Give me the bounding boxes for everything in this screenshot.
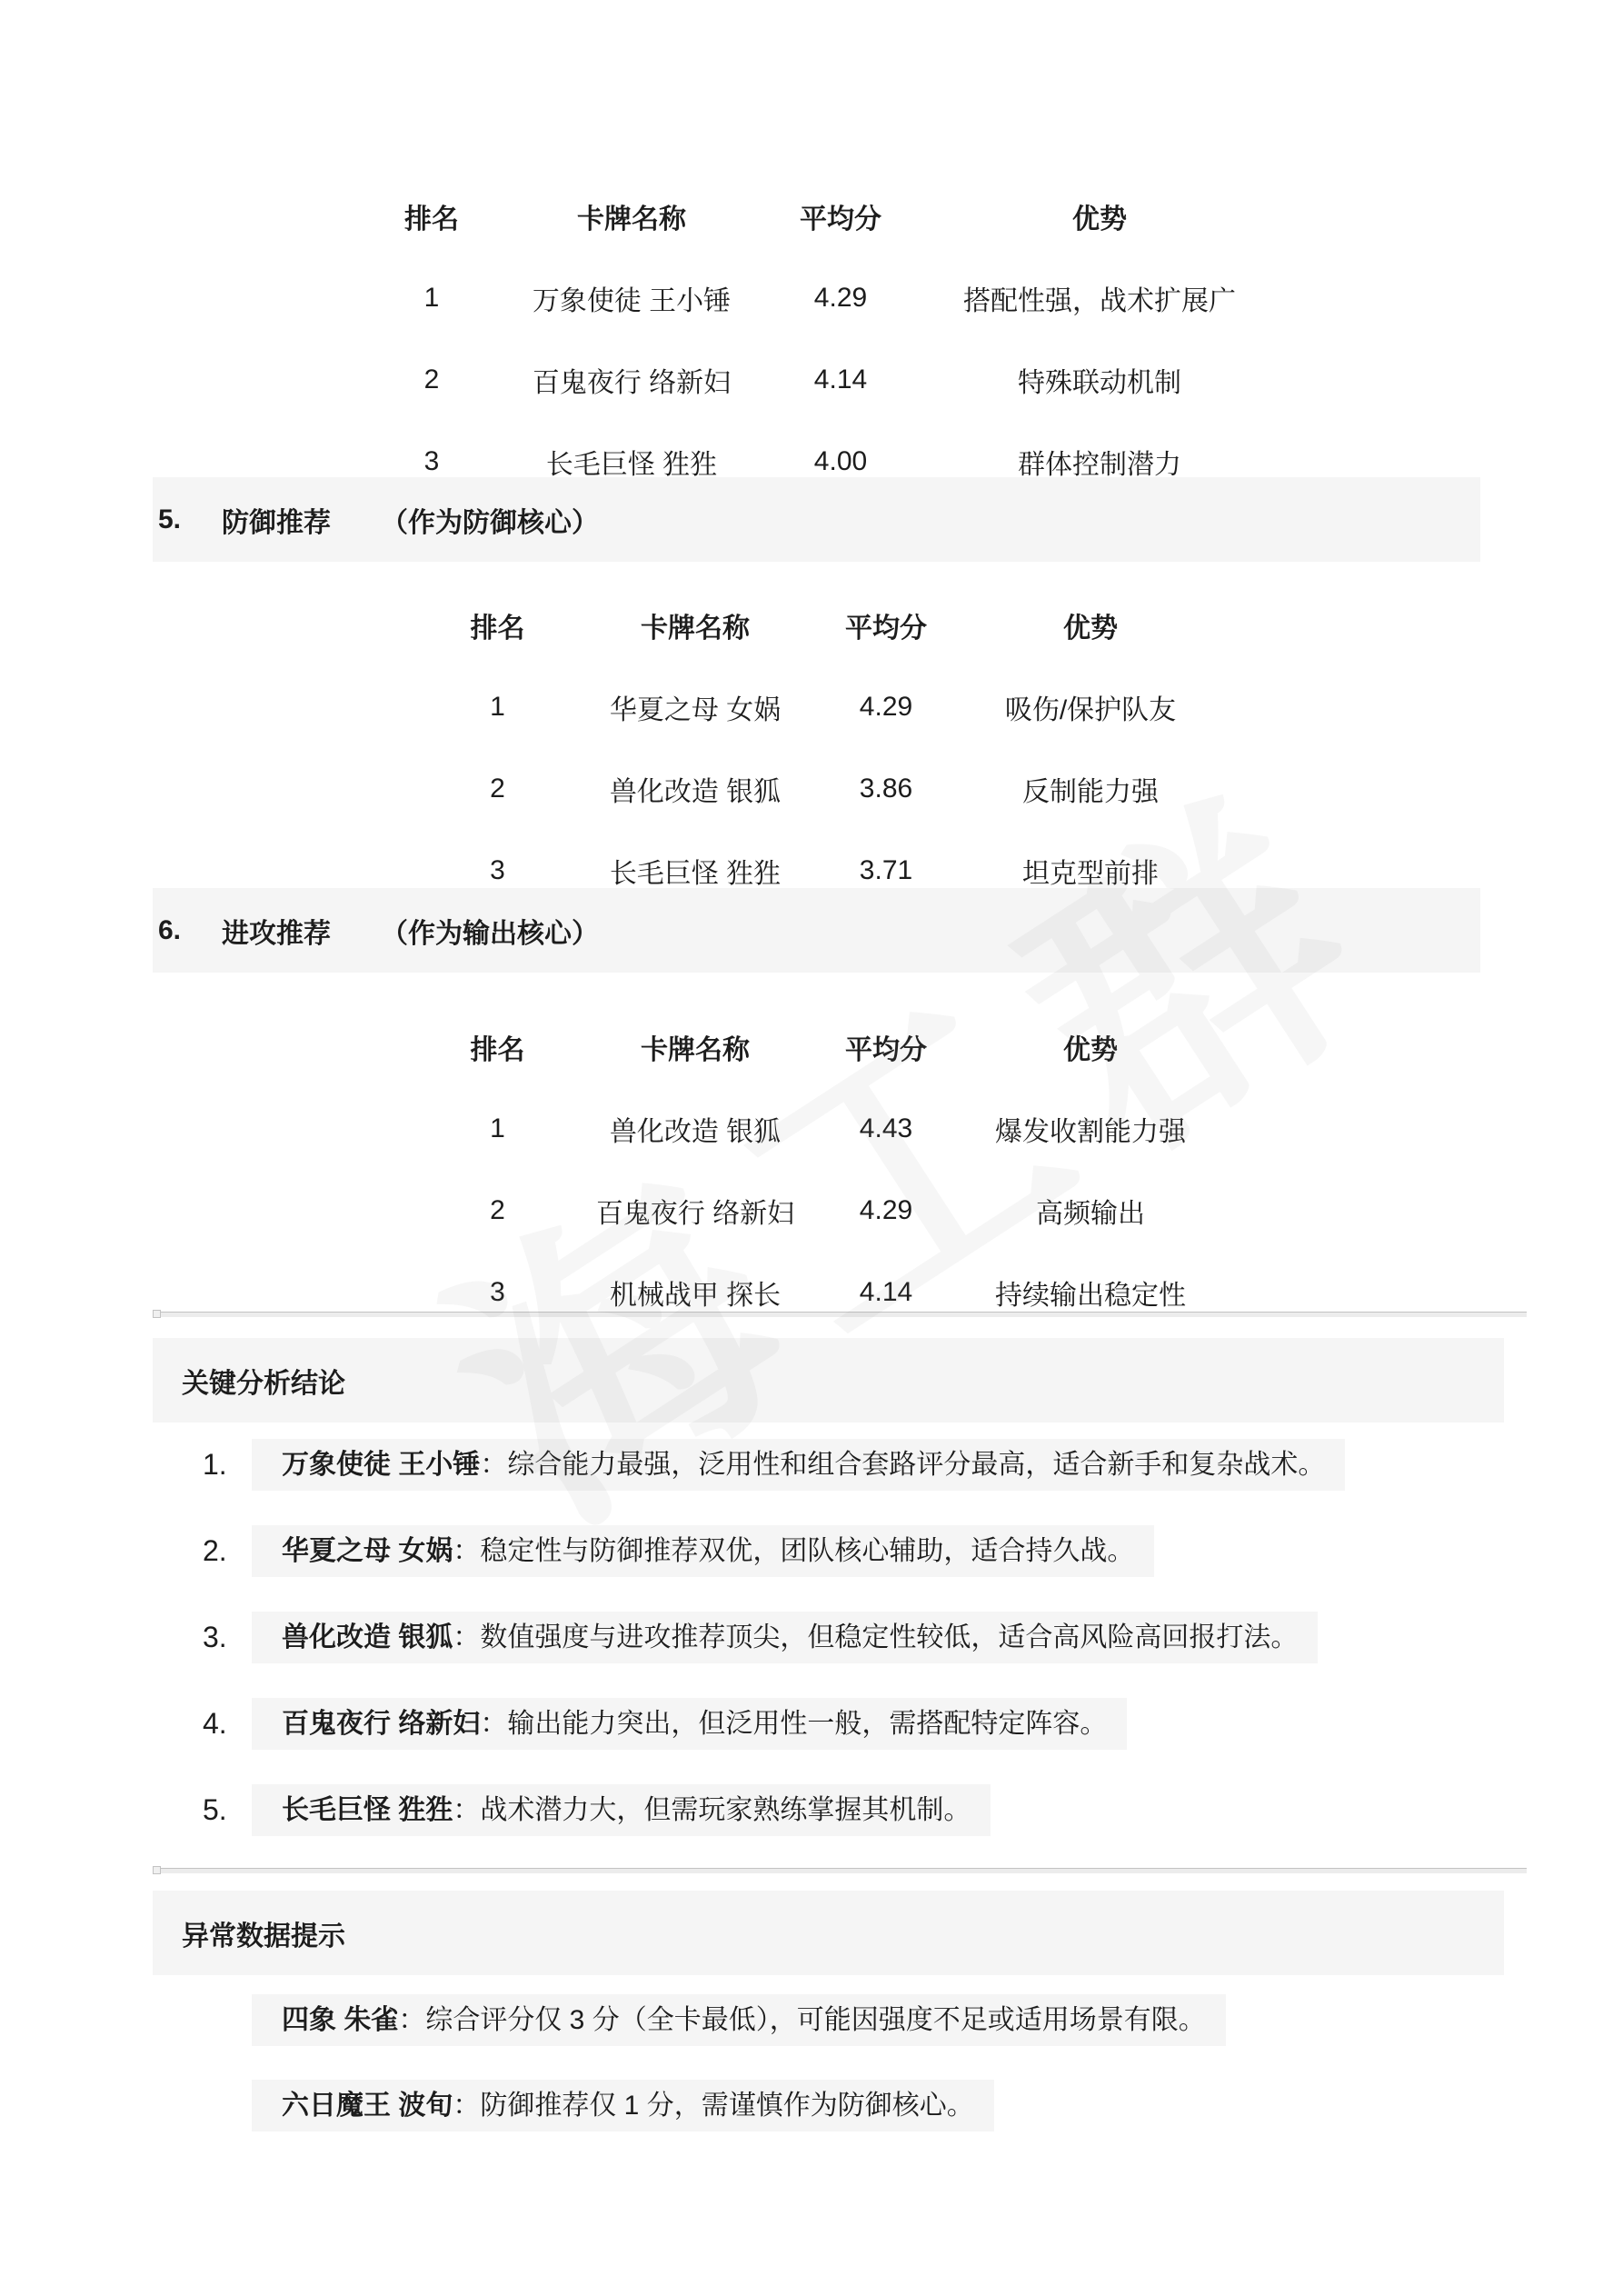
table-row: 1 兽化改造 银狐 4.43 爆发收割能力强 [418,1088,1222,1170]
table-row: 2 兽化改造 银狐 3.86 反制能力强 [418,748,1222,830]
rank-cell: 1 [418,692,577,723]
rank-cell: 3 [418,1277,577,1308]
document-page: 排名 卡牌名称 平均分 优势 1 万象使徒 王小锤 4.29 搭配性强，战术扩展… [0,0,1623,2296]
conclusion-text: 华夏之母 女娲：稳定性与防御推荐双优，团队核心辅助，适合持久战。 [252,1525,1154,1577]
card-name: 百鬼夜行 络新妇 [282,1709,480,1739]
conclusions-heading-band: 关键分析结论 [153,1338,1504,1423]
section-number: 6. [158,915,181,946]
column-header-rank: 排名 [418,1027,577,1067]
table-row: 3 机械战甲 探长 4.14 持续输出稳定性 [418,1252,1222,1333]
card-name-cell: 机械战甲 探长 [577,1273,813,1313]
conclusion-text: 百鬼夜行 络新妇：输出能力突出，但泛用性一般，需搭配特定阵容。 [252,1698,1127,1750]
list-number: 2. [203,1534,252,1568]
column-header-card-name: 卡牌名称 [500,196,763,236]
score-cell: 3.86 [813,774,959,804]
card-name: 长毛巨怪 狌狌 [282,1795,453,1825]
card-name: 兽化改造 银狐 [282,1622,453,1652]
table-header-row: 排名 卡牌名称 平均分 优势 [363,175,1281,257]
card-name-cell: 长毛巨怪 狌狌 [577,851,813,891]
rank-cell: 2 [418,1195,577,1226]
card-name: 万象使徒 王小锤 [282,1450,480,1480]
section-number: 5. [158,504,181,535]
rank-cell: 3 [418,855,577,886]
advantage-cell: 吸伤/保护队友 [959,687,1222,727]
score-cell: 4.14 [763,364,918,395]
column-header-card-name: 卡牌名称 [577,605,813,645]
card-name-cell: 万象使徒 王小锤 [500,278,763,318]
section-title: 进攻推荐 [222,911,331,951]
rank-cell: 2 [363,364,500,395]
conclusion-item-1: 1. 万象使徒 王小锤：综合能力最强，泛用性和组合套路评分最高，适合新手和复杂战… [203,1439,1345,1491]
card-name-cell: 百鬼夜行 络新妇 [500,360,763,400]
card-name-cell: 兽化改造 银狐 [577,769,813,809]
column-header-card-name: 卡牌名称 [577,1027,813,1067]
card-name-cell: 长毛巨怪 狌狌 [500,442,763,482]
advantage-cell: 坦克型前排 [959,851,1222,891]
list-number: 3. [203,1621,252,1654]
table-row: 1 华夏之母 女娲 4.29 吸伤/保护队友 [418,666,1222,748]
card-name: 六日魔王 波旬 [282,2091,453,2121]
anomaly-desc: ：综合评分仅 3 分（全卡最低），可能因强度不足或适用场景有限。 [398,2005,1205,2035]
conclusion-desc: ：综合能力最强，泛用性和组合套路评分最高，适合新手和复杂战术。 [480,1450,1325,1480]
advantage-cell: 高频输出 [959,1191,1222,1231]
conclusion-text: 长毛巨怪 狌狌：战术潜力大，但需玩家熟练掌握其机制。 [252,1784,991,1836]
card-name: 四象 朱雀 [282,2005,398,2035]
advantage-cell: 搭配性强，战术扩展广 [918,278,1281,318]
anomaly-heading-band: 异常数据提示 [153,1891,1504,1975]
rank-cell: 2 [418,774,577,804]
rank-cell: 3 [363,446,500,477]
conclusions-title: 关键分析结论 [182,1361,345,1401]
advantage-cell: 爆发收割能力强 [959,1109,1222,1149]
horizontal-divider [153,1312,1527,1317]
anomaly-text: 四象 朱雀：综合评分仅 3 分（全卡最低），可能因强度不足或适用场景有限。 [252,1994,1226,2046]
anomaly-title: 异常数据提示 [182,1913,345,1953]
overall-ranking-table: 排名 卡牌名称 平均分 优势 1 万象使徒 王小锤 4.29 搭配性强，战术扩展… [363,175,1281,503]
list-number: 1. [203,1448,252,1482]
section-subtitle: （作为防御核心） [381,500,599,540]
conclusion-text: 兽化改造 银狐：数值强度与进攻推荐顶尖，但稳定性较低，适合高风险高回报打法。 [252,1612,1318,1663]
column-header-rank: 排名 [363,196,500,236]
table-header-row: 排名 卡牌名称 平均分 优势 [418,1006,1222,1088]
list-number: 4. [203,1707,252,1741]
conclusion-desc: ：战术潜力大，但需玩家熟练掌握其机制。 [453,1795,971,1825]
anomaly-text: 六日魔王 波旬：防御推荐仅 1 分，需谨慎作为防御核心。 [252,2080,994,2131]
card-name-cell: 华夏之母 女娲 [577,687,813,727]
column-header-average-score: 平均分 [813,605,959,645]
conclusion-desc: ：输出能力突出，但泛用性一般，需搭配特定阵容。 [480,1709,1107,1739]
card-name: 华夏之母 女娲 [282,1536,453,1566]
card-name-cell: 百鬼夜行 络新妇 [577,1191,813,1231]
column-header-rank: 排名 [418,605,577,645]
advantage-cell: 群体控制潜力 [918,442,1281,482]
score-cell: 3.71 [813,855,959,886]
score-cell: 4.14 [813,1277,959,1308]
conclusion-desc: ：稳定性与防御推荐双优，团队核心辅助，适合持久战。 [453,1536,1134,1566]
anomaly-desc: ：防御推荐仅 1 分，需谨慎作为防御核心。 [453,2091,973,2121]
score-cell: 4.00 [763,446,918,477]
section-heading-attack: 6. 进攻推荐 （作为输出核心） [153,888,1480,973]
column-header-average-score: 平均分 [813,1027,959,1067]
score-cell: 4.29 [763,283,918,314]
column-header-advantage: 优势 [918,196,1281,236]
column-header-average-score: 平均分 [763,196,918,236]
anomaly-item-1: 四象 朱雀：综合评分仅 3 分（全卡最低），可能因强度不足或适用场景有限。 [252,1994,1226,2046]
advantage-cell: 特殊联动机制 [918,360,1281,400]
list-number: 5. [203,1793,252,1827]
rank-cell: 1 [418,1113,577,1144]
conclusion-desc: ：数值强度与进攻推荐顶尖，但稳定性较低，适合高风险高回报打法。 [453,1622,1298,1652]
advantage-cell: 反制能力强 [959,769,1222,809]
anomaly-item-2: 六日魔王 波旬：防御推荐仅 1 分，需谨慎作为防御核心。 [252,2080,994,2131]
table-header-row: 排名 卡牌名称 平均分 优势 [418,584,1222,666]
conclusion-item-3: 3. 兽化改造 银狐：数值强度与进攻推荐顶尖，但稳定性较低，适合高风险高回报打法… [203,1612,1318,1663]
section-title: 防御推荐 [222,500,331,540]
conclusion-item-2: 2. 华夏之母 女娲：稳定性与防御推荐双优，团队核心辅助，适合持久战。 [203,1525,1154,1577]
table-row: 2 百鬼夜行 络新妇 4.14 特殊联动机制 [363,339,1281,421]
defense-ranking-table: 排名 卡牌名称 平均分 优势 1 华夏之母 女娲 4.29 吸伤/保护队友 2 … [418,584,1222,912]
conclusion-item-4: 4. 百鬼夜行 络新妇：输出能力突出，但泛用性一般，需搭配特定阵容。 [203,1698,1127,1750]
column-header-advantage: 优势 [959,605,1222,645]
column-header-advantage: 优势 [959,1027,1222,1067]
score-cell: 4.29 [813,692,959,723]
score-cell: 4.43 [813,1113,959,1144]
conclusion-item-5: 5. 长毛巨怪 狌狌：战术潜力大，但需玩家熟练掌握其机制。 [203,1784,991,1836]
advantage-cell: 持续输出稳定性 [959,1273,1222,1313]
table-row: 2 百鬼夜行 络新妇 4.29 高频输出 [418,1170,1222,1252]
horizontal-divider [153,1868,1527,1873]
section-heading-defense: 5. 防御推荐 （作为防御核心） [153,477,1480,562]
section-subtitle: （作为输出核心） [381,911,599,951]
attack-ranking-table: 排名 卡牌名称 平均分 优势 1 兽化改造 银狐 4.43 爆发收割能力强 2 … [418,1006,1222,1333]
table-row: 1 万象使徒 王小锤 4.29 搭配性强，战术扩展广 [363,257,1281,339]
card-name-cell: 兽化改造 银狐 [577,1109,813,1149]
conclusion-text: 万象使徒 王小锤：综合能力最强，泛用性和组合套路评分最高，适合新手和复杂战术。 [252,1439,1345,1491]
rank-cell: 1 [363,283,500,314]
score-cell: 4.29 [813,1195,959,1226]
